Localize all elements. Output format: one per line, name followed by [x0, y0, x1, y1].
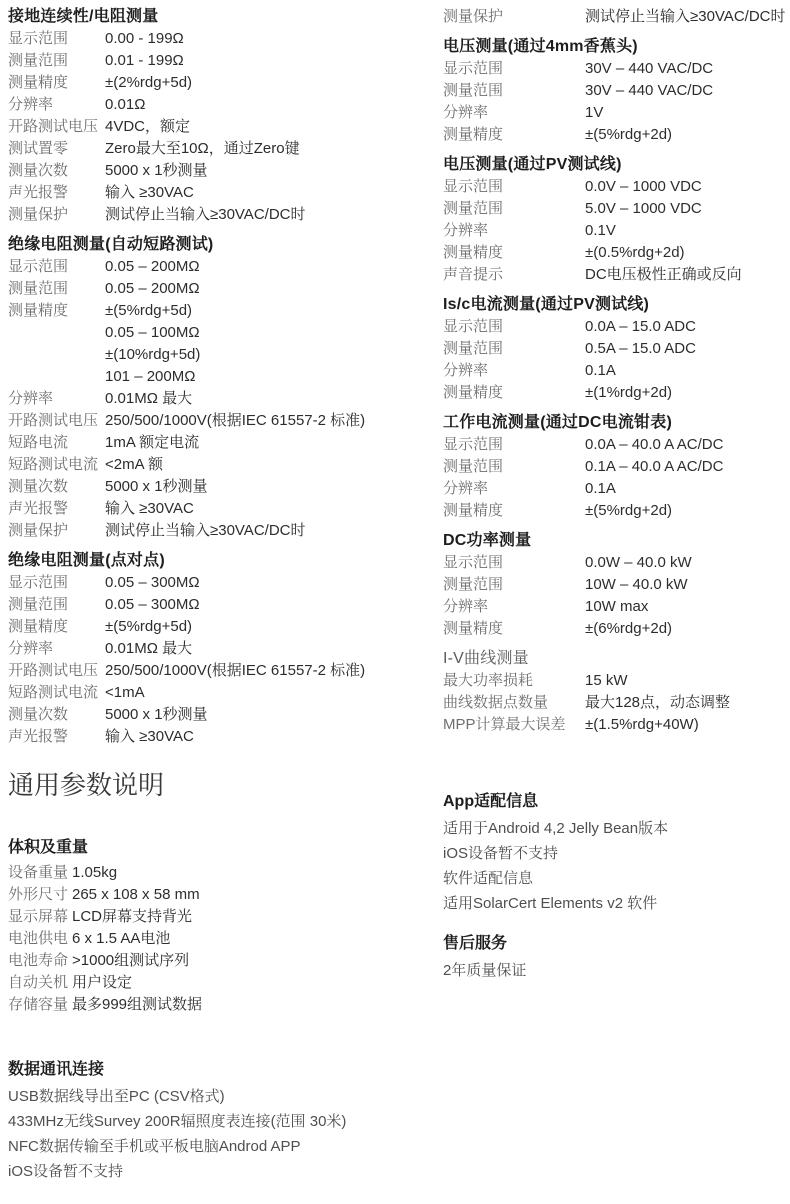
spec-row: 101 – 200MΩ: [8, 366, 436, 388]
spec-sheet-page: 接地连续性/电阻测量显示范围0.00 - 199Ω测量范围0.01 - 199Ω…: [0, 0, 790, 1204]
spec-value: 0.1A – 40.0 A AC/DC: [585, 456, 723, 478]
spec-section: DC功率测量显示范围0.0W – 40.0 kW测量范围10W – 40.0 k…: [443, 530, 788, 640]
section-title: I-V曲线测量: [443, 648, 788, 670]
spec-label: 测量范围: [8, 594, 105, 616]
section-title: Is/c电流测量(通过PV测试线): [443, 294, 788, 316]
spec-row: 测量范围10W – 40.0 kW: [443, 574, 788, 596]
spec-label: 开路测试电压: [8, 660, 105, 682]
spec-value: 5000 x 1秒测量: [105, 160, 208, 182]
spec-label: 分辨率: [443, 478, 585, 500]
spec-row: 测量范围30V – 440 VAC/DC: [443, 80, 788, 102]
spec-label: 测量保护: [8, 520, 105, 542]
spec-row: 开路测试电压250/500/1000V(根据IEC 61557-2 标准): [8, 410, 436, 432]
spec-section: Is/c电流测量(通过PV测试线)显示范围0.0A – 15.0 ADC测量范围…: [443, 294, 788, 404]
spec-row: 测量范围0.5A – 15.0 ADC: [443, 338, 788, 360]
spec-label: MPP计算最大误差: [443, 714, 585, 736]
dimensions-weight-block: 体积及重量 设备重量1.05kg外形尺寸265 x 108 x 58 mm显示屏…: [8, 836, 202, 1016]
spec-row: 测量精度±(0.5%rdg+2d): [443, 242, 788, 264]
spec-row: 分辨率0.1A: [443, 360, 788, 382]
spec-value: 0.05 – 200MΩ: [105, 256, 200, 278]
spec-label: 测量次数: [8, 476, 105, 498]
app-compat-title: App适配信息: [443, 790, 668, 814]
spec-value: 0.00 - 199Ω: [105, 28, 184, 50]
spec-row: 显示屏幕LCD屏幕支持背光: [8, 906, 202, 928]
spec-value: 0.5A – 15.0 ADC: [585, 338, 696, 360]
spec-value: 15 kW: [585, 670, 628, 692]
spec-label: 开路测试电压: [8, 410, 105, 432]
spec-value: 0.05 – 100MΩ: [105, 322, 200, 344]
spec-label: 显示范围: [443, 316, 585, 338]
spec-row: 显示范围0.05 – 300MΩ: [8, 572, 436, 594]
spec-label: 电池寿命: [8, 950, 72, 972]
spec-row: 短路测试电流<2mA 额: [8, 454, 436, 476]
spec-label: 显示范围: [443, 434, 585, 456]
spec-value: 输入 ≥30VAC: [105, 726, 194, 748]
section-title: 电压测量(通过PV测试线): [443, 154, 788, 176]
spec-section: 工作电流测量(通过DC电流钳表)显示范围0.0A – 40.0 A AC/DC测…: [443, 412, 788, 522]
spec-row: 显示范围0.0V – 1000 VDC: [443, 176, 788, 198]
spec-label: 分辨率: [8, 388, 105, 410]
spec-label: 显示范围: [8, 256, 105, 278]
spec-label: 存储容量: [8, 994, 72, 1016]
spec-label: 自动关机: [8, 972, 72, 994]
spec-value: 30V – 440 VAC/DC: [585, 80, 713, 102]
spec-value: 250/500/1000V(根据IEC 61557-2 标准): [105, 660, 365, 682]
block-text-line: iOS设备暂不支持: [443, 841, 668, 866]
spec-row: 显示范围0.0W – 40.0 kW: [443, 552, 788, 574]
section-title: 绝缘电阻测量(自动短路测试): [8, 234, 436, 256]
spec-label: 测量精度: [443, 500, 585, 522]
spec-row: 测量范围0.01 - 199Ω: [8, 50, 436, 72]
spec-value: 1.05kg: [72, 862, 117, 884]
spec-row: 最大功率损耗15 kW: [443, 670, 788, 692]
spec-value: 10W max: [585, 596, 648, 618]
spec-label: 测量范围: [443, 456, 585, 478]
section-title: 接地连续性/电阻测量: [8, 6, 436, 28]
spec-row: 测量保护测试停止当输入≥30VAC/DC时: [443, 6, 788, 28]
spec-value: 101 – 200MΩ: [105, 366, 195, 388]
spec-row: 测量精度±(2%rdg+5d): [8, 72, 436, 94]
spec-label: 测量范围: [443, 338, 585, 360]
spec-row: 开路测试电压4VDC，额定: [8, 116, 436, 138]
spec-label: 测量精度: [8, 616, 105, 638]
spec-label: 测量范围: [8, 50, 105, 72]
spec-value: 10W – 40.0 kW: [585, 574, 688, 596]
spec-value: ±(10%rdg+5d): [105, 344, 200, 366]
after-sales-title: 售后服务: [443, 932, 526, 956]
spec-row: 测量精度±(1%rdg+2d): [443, 382, 788, 404]
spec-label: 短路测试电流: [8, 682, 105, 704]
spec-label: [8, 344, 105, 366]
spec-label: 测量精度: [443, 382, 585, 404]
block-text-line: 433MHz无线Survey 200R辐照度表连接(范围 30米): [8, 1109, 346, 1134]
spec-row: 短路电流1mA 额定电流: [8, 432, 436, 454]
spec-value: ±(1%rdg+2d): [585, 382, 672, 404]
spec-row: 测量精度±(5%rdg+5d): [8, 616, 436, 638]
spec-value: DC电压极性正确或反向: [585, 264, 742, 286]
spec-label: 显示范围: [8, 572, 105, 594]
after-sales-lines: 2年质量保证: [443, 958, 526, 983]
spec-row: 测量保护测试停止当输入≥30VAC/DC时: [8, 204, 436, 226]
spec-value: 0.05 – 300MΩ: [105, 594, 200, 616]
spec-value: 0.05 – 300MΩ: [105, 572, 200, 594]
spec-value: 测试停止当输入≥30VAC/DC时: [105, 204, 305, 226]
spec-value: ±(0.5%rdg+2d): [585, 242, 685, 264]
spec-value: 265 x 108 x 58 mm: [72, 884, 200, 906]
spec-row: 声音提示DC电压极性正确或反向: [443, 264, 788, 286]
spec-value: 6 x 1.5 AA电池: [72, 928, 170, 950]
block-text-line: iOS设备暂不支持: [8, 1159, 346, 1184]
spec-row: 声光报警输入 ≥30VAC: [8, 498, 436, 520]
spec-value: 1V: [585, 102, 603, 124]
spec-value: ±(5%rdg+2d): [585, 500, 672, 522]
spec-column-right: 测量保护测试停止当输入≥30VAC/DC时电压测量(通过4mm香蕉头)显示范围3…: [443, 6, 788, 736]
spec-row: 分辨率0.01MΩ 最大: [8, 388, 436, 410]
section-title: 绝缘电阻测量(点对点): [8, 550, 436, 572]
spec-label: 分辨率: [443, 220, 585, 242]
spec-label: 显示屏幕: [8, 906, 72, 928]
spec-row: 分辨率0.01Ω: [8, 94, 436, 116]
spec-label: 测量精度: [8, 72, 105, 94]
spec-label: 短路测试电流: [8, 454, 105, 476]
spec-value: 0.0A – 15.0 ADC: [585, 316, 696, 338]
spec-row: 测量保护测试停止当输入≥30VAC/DC时: [8, 520, 436, 542]
spec-label: 显示范围: [443, 552, 585, 574]
spec-section: 测量保护测试停止当输入≥30VAC/DC时: [443, 6, 788, 28]
spec-label: 测量范围: [443, 198, 585, 220]
spec-value: >1000组测试序列: [72, 950, 189, 972]
spec-value: 0.01MΩ 最大: [105, 388, 192, 410]
spec-row: 测量次数5000 x 1秒测量: [8, 704, 436, 726]
section-title: 电压测量(通过4mm香蕉头): [443, 36, 788, 58]
spec-label: 电池供电: [8, 928, 72, 950]
spec-label: 测量精度: [443, 618, 585, 640]
spec-row: 测量精度±(5%rdg+2d): [443, 124, 788, 146]
spec-section: 电压测量(通过4mm香蕉头)显示范围30V – 440 VAC/DC测量范围30…: [443, 36, 788, 146]
spec-row: MPP计算最大误差±(1.5%rdg+40W): [443, 714, 788, 736]
spec-label: 开路测试电压: [8, 116, 105, 138]
spec-section: 绝缘电阻测量(点对点)显示范围0.05 – 300MΩ测量范围0.05 – 30…: [8, 550, 436, 748]
data-comm-lines: USB数据线导出至PC (CSV格式)433MHz无线Survey 200R辐照…: [8, 1084, 346, 1184]
spec-value: 0.01 - 199Ω: [105, 50, 184, 72]
spec-value: 5000 x 1秒测量: [105, 704, 208, 726]
spec-row: 测量精度±(5%rdg+2d): [443, 500, 788, 522]
data-comm-title: 数据通讯连接: [8, 1058, 346, 1082]
spec-value: 最多999组测试数据: [72, 994, 202, 1016]
spec-value: 0.01MΩ 最大: [105, 638, 192, 660]
spec-row: 电池寿命>1000组测试序列: [8, 950, 202, 972]
spec-label: [8, 366, 105, 388]
spec-row: 测量精度±(5%rdg+5d): [8, 300, 436, 322]
spec-row: 短路测试电流<1mA: [8, 682, 436, 704]
spec-row: 显示范围30V – 440 VAC/DC: [443, 58, 788, 80]
spec-value: 0.1A: [585, 360, 616, 382]
spec-label: 测量保护: [8, 204, 105, 226]
spec-label: 分辨率: [8, 638, 105, 660]
spec-label: 测量范围: [443, 574, 585, 596]
spec-section: I-V曲线测量最大功率损耗15 kW曲线数据点数量最大128点，动态调整MPP计…: [443, 648, 788, 736]
spec-value: 0.1V: [585, 220, 616, 242]
spec-label: 短路电流: [8, 432, 105, 454]
spec-label: 测量精度: [443, 242, 585, 264]
spec-value: 0.0V – 1000 VDC: [585, 176, 702, 198]
dimensions-weight-rows: 设备重量1.05kg外形尺寸265 x 108 x 58 mm显示屏幕LCD屏幕…: [8, 862, 202, 1016]
block-text-line: 2年质量保证: [443, 958, 526, 983]
spec-value: 最大128点，动态调整: [585, 692, 730, 714]
spec-value: ±(5%rdg+5d): [105, 616, 192, 638]
spec-label: 声音提示: [443, 264, 585, 286]
spec-row: 分辨率0.1A: [443, 478, 788, 500]
spec-label: 显示范围: [8, 28, 105, 50]
spec-row: 显示范围0.0A – 40.0 A AC/DC: [443, 434, 788, 456]
spec-row: 显示范围0.0A – 15.0 ADC: [443, 316, 788, 338]
spec-value: <2mA 额: [105, 454, 163, 476]
app-compat-block: App适配信息 适用于Android 4,2 Jelly Bean版本iOS设备…: [443, 790, 668, 916]
spec-value: 0.1A: [585, 478, 616, 500]
spec-value: 30V – 440 VAC/DC: [585, 58, 713, 80]
spec-row: 外形尺寸265 x 108 x 58 mm: [8, 884, 202, 906]
spec-row: 测量精度±(6%rdg+2d): [443, 618, 788, 640]
spec-label: 测量范围: [8, 278, 105, 300]
spec-row: 设备重量1.05kg: [8, 862, 202, 884]
spec-value: ±(2%rdg+5d): [105, 72, 192, 94]
spec-value: 5.0V – 1000 VDC: [585, 198, 702, 220]
spec-label: 声光报警: [8, 726, 105, 748]
block-text-line: NFC数据传输至手机或平板电脑Androd APP: [8, 1134, 346, 1159]
spec-value: 0.01Ω: [105, 94, 145, 116]
spec-value: LCD屏幕支持背光: [72, 906, 192, 928]
section-title: 工作电流测量(通过DC电流钳表): [443, 412, 788, 434]
spec-label: 测试置零: [8, 138, 105, 160]
app-compat-lines: 适用于Android 4,2 Jelly Bean版本iOS设备暂不支持软件适配…: [443, 816, 668, 916]
spec-label: 最大功率损耗: [443, 670, 585, 692]
spec-value: Zero最大至10Ω，通过Zero键: [105, 138, 300, 160]
spec-row: 测量范围0.1A – 40.0 A AC/DC: [443, 456, 788, 478]
spec-value: 250/500/1000V(根据IEC 61557-2 标准): [105, 410, 365, 432]
spec-section: 电压测量(通过PV测试线)显示范围0.0V – 1000 VDC测量范围5.0V…: [443, 154, 788, 286]
spec-value: <1mA: [105, 682, 145, 704]
spec-row: 测量次数5000 x 1秒测量: [8, 160, 436, 182]
spec-value: ±(6%rdg+2d): [585, 618, 672, 640]
spec-row: 曲线数据点数量最大128点，动态调整: [443, 692, 788, 714]
spec-row: 声光报警输入 ≥30VAC: [8, 726, 436, 748]
spec-label: 测量次数: [8, 160, 105, 182]
block-text-line: USB数据线导出至PC (CSV格式): [8, 1084, 346, 1109]
data-comm-block: 数据通讯连接 USB数据线导出至PC (CSV格式)433MHz无线Survey…: [8, 1058, 346, 1184]
spec-row: 测试置零Zero最大至10Ω，通过Zero键: [8, 138, 436, 160]
spec-label: [8, 322, 105, 344]
spec-row: 电池供电6 x 1.5 AA电池: [8, 928, 202, 950]
spec-row: 存储容量最多999组测试数据: [8, 994, 202, 1016]
spec-label: 测量精度: [8, 300, 105, 322]
general-params-title: 通用参数说明: [8, 770, 164, 800]
spec-value: 测试停止当输入≥30VAC/DC时: [585, 6, 785, 28]
spec-label: 声光报警: [8, 498, 105, 520]
section-title: DC功率测量: [443, 530, 788, 552]
after-sales-block: 售后服务 2年质量保证: [443, 932, 526, 983]
spec-label: 设备重量: [8, 862, 72, 884]
dimensions-weight-title: 体积及重量: [8, 836, 202, 860]
spec-value: ±(1.5%rdg+40W): [585, 714, 699, 736]
block-text-line: 适用SolarCert Elements v2 软件: [443, 891, 668, 916]
spec-row: 声光报警输入 ≥30VAC: [8, 182, 436, 204]
spec-value: 输入 ≥30VAC: [105, 498, 194, 520]
spec-label: 显示范围: [443, 58, 585, 80]
spec-row: 测量次数5000 x 1秒测量: [8, 476, 436, 498]
spec-value: 测试停止当输入≥30VAC/DC时: [105, 520, 305, 542]
spec-value: 用户设定: [72, 972, 132, 994]
spec-label: 分辨率: [443, 596, 585, 618]
spec-value: 0.05 – 200MΩ: [105, 278, 200, 300]
spec-value: 5000 x 1秒测量: [105, 476, 208, 498]
spec-section: 绝缘电阻测量(自动短路测试)显示范围0.05 – 200MΩ测量范围0.05 –…: [8, 234, 436, 542]
spec-value: ±(5%rdg+5d): [105, 300, 192, 322]
spec-label: 分辨率: [443, 360, 585, 382]
block-text-line: 软件适配信息: [443, 866, 668, 891]
spec-value: 输入 ≥30VAC: [105, 182, 194, 204]
spec-section: 接地连续性/电阻测量显示范围0.00 - 199Ω测量范围0.01 - 199Ω…: [8, 6, 436, 226]
spec-row: 开路测试电压250/500/1000V(根据IEC 61557-2 标准): [8, 660, 436, 682]
spec-label: 曲线数据点数量: [443, 692, 585, 714]
spec-row: 测量范围0.05 – 200MΩ: [8, 278, 436, 300]
spec-label: 外形尺寸: [8, 884, 72, 906]
spec-column-left: 接地连续性/电阻测量显示范围0.00 - 199Ω测量范围0.01 - 199Ω…: [8, 6, 436, 748]
spec-row: 测量范围5.0V – 1000 VDC: [443, 198, 788, 220]
spec-label: 测量次数: [8, 704, 105, 726]
spec-row: 自动关机用户设定: [8, 972, 202, 994]
spec-label: 声光报警: [8, 182, 105, 204]
spec-value: ±(5%rdg+2d): [585, 124, 672, 146]
spec-row: 分辨率10W max: [443, 596, 788, 618]
spec-label: 测量精度: [443, 124, 585, 146]
spec-row: 显示范围0.00 - 199Ω: [8, 28, 436, 50]
spec-label: 测量范围: [443, 80, 585, 102]
block-text-line: 适用于Android 4,2 Jelly Bean版本: [443, 816, 668, 841]
spec-value: 0.0A – 40.0 A AC/DC: [585, 434, 723, 456]
spec-label: 分辨率: [8, 94, 105, 116]
spec-label: 分辨率: [443, 102, 585, 124]
spec-row: 测量范围0.05 – 300MΩ: [8, 594, 436, 616]
spec-row: 分辨率1V: [443, 102, 788, 124]
spec-row: 显示范围0.05 – 200MΩ: [8, 256, 436, 278]
spec-value: 0.0W – 40.0 kW: [585, 552, 692, 574]
spec-row: ±(10%rdg+5d): [8, 344, 436, 366]
spec-value: 1mA 额定电流: [105, 432, 199, 454]
spec-value: 4VDC，额定: [105, 116, 190, 138]
spec-row: 0.05 – 100MΩ: [8, 322, 436, 344]
spec-row: 分辨率0.1V: [443, 220, 788, 242]
spec-label: 测量保护: [443, 6, 585, 28]
spec-label: 显示范围: [443, 176, 585, 198]
spec-row: 分辨率0.01MΩ 最大: [8, 638, 436, 660]
